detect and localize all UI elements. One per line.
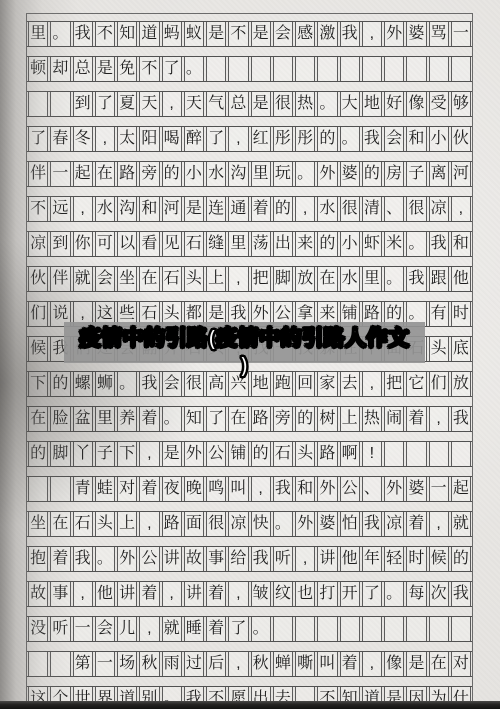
grid-cell: 。 xyxy=(273,512,293,536)
grid-cell xyxy=(228,57,248,81)
grid-cell: 着 xyxy=(406,512,426,536)
title-overlay-line2: ) xyxy=(64,352,425,379)
grid-cell: 水 xyxy=(317,197,337,221)
grid-row: 第一场秋雨过后,秋蝉嘶叫着,像是在对 xyxy=(27,651,472,677)
grid-cell: , xyxy=(139,442,159,466)
grid-row: 坐在石头上,路面很凉快。外婆怕我凉着,就 xyxy=(27,511,472,537)
grid-cell: 的 xyxy=(273,197,293,221)
grid-cell: 养 xyxy=(117,407,137,431)
grid-cell: 事 xyxy=(206,547,226,571)
photo-bottom-edge xyxy=(0,701,500,709)
grid-cell: 脚 xyxy=(50,442,70,466)
grid-cell: 秋 xyxy=(251,652,271,676)
grid-cell: 水 xyxy=(340,267,360,291)
grid-cell: 婆 xyxy=(317,512,337,536)
grid-cell: 以 xyxy=(117,232,137,256)
grid-cell: 一 xyxy=(429,477,449,501)
grid-cell xyxy=(317,617,337,641)
grid-cell: , xyxy=(451,197,471,221)
grid-cell xyxy=(406,442,426,466)
grid-row: 没听一会儿,就睡着了。 xyxy=(27,616,472,642)
grid-cell: 不 xyxy=(28,197,48,221)
grid-cell: 大 xyxy=(340,92,360,116)
grid-cell: 公 xyxy=(206,442,226,466)
grid-cell: 顿 xyxy=(28,57,48,81)
grid-cell: 凉 xyxy=(429,197,449,221)
grid-cell: 事 xyxy=(50,582,70,606)
grid-cell: 我 xyxy=(251,547,271,571)
grid-cell: 。 xyxy=(295,162,315,186)
grid-cell: 的 xyxy=(317,127,337,151)
grid-cell: 里 xyxy=(28,22,48,46)
grid-row: 青蛙对着夜晚鸣叫,我和外公、外婆一起 xyxy=(27,476,472,502)
grid-cell: 和 xyxy=(451,232,471,256)
grid-cell: 可 xyxy=(95,232,115,256)
grid-cell: 太 xyxy=(117,127,137,151)
grid-cell: 讲 xyxy=(117,582,137,606)
grid-cell xyxy=(384,57,404,81)
grid-cell: 伙 xyxy=(28,267,48,291)
grid-cell: 子 xyxy=(95,442,115,466)
grid-cell xyxy=(406,617,426,641)
grid-row: 了春冬,太阳喝醉了,红彤彤的。我会和小伙 xyxy=(27,126,472,152)
grid-cell: 。 xyxy=(184,57,204,81)
grid-cell: 总 xyxy=(73,57,93,81)
grid-cell: 阳 xyxy=(139,127,159,151)
grid-cell: 坐 xyxy=(117,267,137,291)
grid-cell: 青 xyxy=(73,477,93,501)
grid-cell: 很 xyxy=(340,197,360,221)
grid-cell: 通 xyxy=(228,197,248,221)
grid-cell: 了 xyxy=(162,57,182,81)
grid-cell: 道 xyxy=(139,22,159,46)
grid-cell: 的 xyxy=(28,442,48,466)
grid-cell: 着 xyxy=(139,582,159,606)
grid-cell xyxy=(362,617,382,641)
title-overlay-banner: 疫情中的引路(疫情中的引路人作文 ) xyxy=(64,322,425,363)
grid-cell: 路 xyxy=(251,407,271,431)
grid-cell: 秋 xyxy=(139,652,159,676)
grid-cell: 石 xyxy=(184,232,204,256)
grid-cell xyxy=(340,57,360,81)
grid-cell: 年 xyxy=(362,547,382,571)
grid-cell: 像 xyxy=(406,92,426,116)
grid-cell xyxy=(451,442,471,466)
grid-cell: 旁 xyxy=(139,162,159,186)
grid-cell: 到 xyxy=(50,232,70,256)
grid-cell: 公 xyxy=(340,477,360,501)
grid-cell: 河 xyxy=(162,197,182,221)
grid-cell: , xyxy=(228,582,248,606)
grid-cell: 放 xyxy=(295,267,315,291)
grid-cell: 抱 xyxy=(28,547,48,571)
grid-cell: 沟 xyxy=(228,162,248,186)
grid-cell: 路 xyxy=(162,512,182,536)
grid-cell: 伴 xyxy=(50,267,70,291)
grid-cell: 。 xyxy=(384,267,404,291)
grid-cell: 和 xyxy=(139,197,159,221)
grid-cell: 却 xyxy=(50,57,70,81)
grid-cell: 场 xyxy=(117,652,137,676)
grid-cell: 故 xyxy=(28,582,48,606)
grid-cell: 铺 xyxy=(228,442,248,466)
grid-cell: 。 xyxy=(50,22,70,46)
grid-cell: 开 xyxy=(340,582,360,606)
grid-row: 伙伴就会坐在石头上,把脚放在水里。我跟他 xyxy=(27,266,472,292)
grid-cell: 凉 xyxy=(228,512,248,536)
grid-row: 不远,水沟和河是连通着的,水很清、很凉, xyxy=(27,196,472,222)
grid-cell: 时 xyxy=(406,547,426,571)
grid-cell: 外 xyxy=(295,512,315,536)
grid-cell: 知 xyxy=(184,407,204,431)
grid-cell: 听 xyxy=(50,617,70,641)
grid-cell: 房 xyxy=(384,162,404,186)
grid-cell: 我 xyxy=(451,407,471,431)
grid-cell: 在 xyxy=(50,512,70,536)
grid-cell: 有 xyxy=(429,302,449,326)
grid-cell: 每 xyxy=(406,582,426,606)
grid-cell: 到 xyxy=(73,92,93,116)
grid-cell: 不 xyxy=(95,22,115,46)
grid-cell xyxy=(340,617,360,641)
grid-cell: 夜 xyxy=(162,477,182,501)
grid-cell: 也 xyxy=(295,582,315,606)
grid-cell: , xyxy=(162,92,182,116)
grid-cell: , xyxy=(228,652,248,676)
grid-cell: 蚁 xyxy=(184,22,204,46)
grid-cell: , xyxy=(73,582,93,606)
grid-cell xyxy=(28,92,48,116)
grid-cell: 着 xyxy=(206,582,226,606)
grid-cell: 没 xyxy=(28,617,48,641)
grid-cell: 过 xyxy=(184,652,204,676)
grid-cell: 把 xyxy=(251,267,271,291)
grid-cell: 河 xyxy=(451,162,471,186)
grid-cell: 。 xyxy=(406,232,426,256)
grid-cell: 轻 xyxy=(384,547,404,571)
grid-cell: 和 xyxy=(295,477,315,501)
grid-cell: 凉 xyxy=(28,232,48,256)
grid-cell: 候 xyxy=(28,337,48,361)
grid-cell: 不 xyxy=(228,22,248,46)
grid-cell: 红 xyxy=(251,127,271,151)
grid-cell: 婆 xyxy=(340,162,360,186)
grid-cell: 时 xyxy=(451,302,471,326)
grid-cell: 故 xyxy=(184,547,204,571)
grid-cell: 天 xyxy=(139,92,159,116)
grid-cell: 外 xyxy=(317,162,337,186)
grid-cell: 。 xyxy=(340,127,360,151)
grid-cell: 婆 xyxy=(406,22,426,46)
grid-cell: 地 xyxy=(362,92,382,116)
grid-cell: 就 xyxy=(162,617,182,641)
grid-cell: 着 xyxy=(406,407,426,431)
grid-cell xyxy=(295,617,315,641)
grid-cell: 小 xyxy=(184,162,204,186)
grid-cell: , xyxy=(139,512,159,536)
grid-cell: 后 xyxy=(206,652,226,676)
grid-cell: 。 xyxy=(162,407,182,431)
grid-cell: 他 xyxy=(95,582,115,606)
grid-cell: 的 xyxy=(162,162,182,186)
grid-cell: 上 xyxy=(340,407,360,431)
grid-cell: 脸 xyxy=(50,407,70,431)
grid-cell: 是 xyxy=(251,92,271,116)
grid-cell xyxy=(28,477,48,501)
grid-cell: , xyxy=(251,477,271,501)
grid-cell: 受 xyxy=(429,92,449,116)
grid-cell: 石 xyxy=(162,267,182,291)
grid-cell: 雨 xyxy=(162,652,182,676)
grid-cell: 听 xyxy=(273,547,293,571)
grid-row: 里。我不知道蚂蚁是不是会感激我,外婆骂一 xyxy=(27,21,472,47)
grid-cell: 小 xyxy=(429,127,449,151)
grid-cell: 凉 xyxy=(384,512,404,536)
grid-cell xyxy=(50,92,70,116)
grid-cell: 晚 xyxy=(184,477,204,501)
grid-cell: 嘶 xyxy=(295,652,315,676)
grid-cell: 知 xyxy=(117,22,137,46)
grid-cell: 在 xyxy=(28,407,48,431)
grid-cell xyxy=(384,442,404,466)
grid-cell: 的 xyxy=(317,232,337,256)
grid-cell xyxy=(251,57,271,81)
grid-cell xyxy=(429,617,449,641)
grid-cell: 头 xyxy=(295,442,315,466)
grid-cell: 不 xyxy=(139,57,159,81)
grid-cell: 面 xyxy=(184,512,204,536)
grid-cell: 头 xyxy=(95,512,115,536)
grid-cell: 总 xyxy=(228,92,248,116)
grid-row: 顿却总是免不了。 xyxy=(27,56,472,82)
grid-cell xyxy=(28,652,48,676)
grid-cell: 是 xyxy=(184,197,204,221)
grid-cell: 讲 xyxy=(162,547,182,571)
grid-cell: 玩 xyxy=(273,162,293,186)
grid-cell: 蝉 xyxy=(273,652,293,676)
grid-cell: 里 xyxy=(95,407,115,431)
grid-cell xyxy=(384,617,404,641)
grid-cell: 丫 xyxy=(73,442,93,466)
grid-cell: 的 xyxy=(362,162,382,186)
grid-cell: 离 xyxy=(429,162,449,186)
grid-cell: 荡 xyxy=(251,232,271,256)
grid-cell: 在 xyxy=(95,162,115,186)
grid-cell: 会 xyxy=(384,127,404,151)
grid-cell: 好 xyxy=(384,92,404,116)
grid-cell xyxy=(317,57,337,81)
grid-cell: 就 xyxy=(73,267,93,291)
grid-cell: 了 xyxy=(206,127,226,151)
grid-cell: 。 xyxy=(384,582,404,606)
grid-cell: 对 xyxy=(451,652,471,676)
grid-cell: 激 xyxy=(317,22,337,46)
grid-cell: 了 xyxy=(228,617,248,641)
grid-cell: 我 xyxy=(362,127,382,151)
grid-cell: 热 xyxy=(362,407,382,431)
grid-cell: 彤 xyxy=(295,127,315,151)
grid-cell: , xyxy=(295,547,315,571)
grid-cell: 叫 xyxy=(317,652,337,676)
grid-cell: 的 xyxy=(295,407,315,431)
grid-cell: 在 xyxy=(429,652,449,676)
grid-cell: 下 xyxy=(117,442,137,466)
grid-cell: 下 xyxy=(28,372,48,396)
grid-cell: 我 xyxy=(451,582,471,606)
grid-cell: 你 xyxy=(73,232,93,256)
grid-cell: 在 xyxy=(317,267,337,291)
grid-cell: , xyxy=(73,197,93,221)
grid-cell: 跟 xyxy=(429,267,449,291)
grid-cell xyxy=(451,617,471,641)
grid-cell: , xyxy=(228,127,248,151)
grid-cell: 着 xyxy=(251,197,271,221)
grid-cell: 水 xyxy=(95,197,115,221)
grid-cell: 在 xyxy=(228,407,248,431)
grid-cell: 虾 xyxy=(362,232,382,256)
grid-cell: 见 xyxy=(162,232,182,256)
grid-cell: 树 xyxy=(317,407,337,431)
grid-cell: 够 xyxy=(451,92,471,116)
grid-cell: 醉 xyxy=(184,127,204,151)
grid-cell: 头 xyxy=(184,267,204,291)
grid-cell: 石 xyxy=(73,512,93,536)
grid-cell: 坐 xyxy=(28,512,48,536)
grid-cell: 石 xyxy=(273,442,293,466)
grid-cell: 头 xyxy=(429,337,449,361)
grid-cell: 免 xyxy=(117,57,137,81)
grid-cell: 起 xyxy=(451,477,471,501)
grid-row: 在脸盆里养着。知了在路旁的树上热闹着,我 xyxy=(27,406,472,432)
grid-cell xyxy=(451,57,471,81)
title-overlay-line1: 疫情中的引路(疫情中的引路人作文 xyxy=(64,325,425,352)
grid-cell: 我 xyxy=(273,477,293,501)
grid-cell: 我 xyxy=(73,547,93,571)
grid-cell: 外 xyxy=(384,477,404,501)
grid-cell: 打 xyxy=(317,582,337,606)
grid-cell: 了 xyxy=(28,127,48,151)
grid-row: 到了夏天,天气总是很热。大地好像受够 xyxy=(27,91,472,117)
grid-cell: 们 xyxy=(28,302,48,326)
grid-cell: 、 xyxy=(384,197,404,221)
grid-cell: 来 xyxy=(295,232,315,256)
grid-cell: 春 xyxy=(50,127,70,151)
grid-cell: , xyxy=(295,197,315,221)
grid-cell: 着 xyxy=(50,547,70,571)
grid-cell: 、 xyxy=(362,477,382,501)
grid-cell: 热 xyxy=(295,92,315,116)
grid-cell: 怕 xyxy=(340,512,360,536)
grid-cell: 就 xyxy=(451,512,471,536)
grid-row: 的脚丫子下,是外公铺的石头路啊! xyxy=(27,441,472,467)
grid-cell: 很 xyxy=(273,92,293,116)
grid-cell: 着 xyxy=(139,407,159,431)
grid-cell: 我 xyxy=(429,232,449,256)
grid-cell: 路 xyxy=(117,162,137,186)
grid-cell: 连 xyxy=(206,197,226,221)
grid-cell: 外 xyxy=(184,442,204,466)
grid-cell: 彤 xyxy=(273,127,293,151)
grid-cell: 天 xyxy=(184,92,204,116)
grid-cell: 小 xyxy=(340,232,360,256)
grid-cell: 在 xyxy=(139,267,159,291)
grid-cell: 鸣 xyxy=(206,477,226,501)
grid-cell: 讲 xyxy=(184,582,204,606)
grid-cell: 着 xyxy=(139,477,159,501)
grid-cell: 蛙 xyxy=(95,477,115,501)
grid-cell: 清 xyxy=(362,197,382,221)
grid-cell: 骂 xyxy=(429,22,449,46)
grid-cell: 。 xyxy=(317,92,337,116)
grid-cell xyxy=(362,57,382,81)
grid-row: 故事,他讲着,讲着,皱纹也打开了。每次我 xyxy=(27,581,472,607)
grid-cell: 我 xyxy=(362,512,382,536)
grid-cell: 。 xyxy=(95,547,115,571)
grid-cell: 感 xyxy=(295,22,315,46)
grid-cell xyxy=(50,477,70,501)
grid-cell: 旁 xyxy=(273,407,293,431)
grid-cell xyxy=(273,57,293,81)
grid-cell: 我 xyxy=(406,267,426,291)
grid-cell: 一 xyxy=(73,617,93,641)
grid-cell: 伙 xyxy=(451,127,471,151)
grid-cell: 他 xyxy=(451,267,471,291)
grid-cell: 外 xyxy=(384,22,404,46)
grid-row: 凉到你可以看见石缝里荡出来的小虾米。我和 xyxy=(27,231,472,257)
grid-cell: , xyxy=(429,512,449,536)
grid-cell: , xyxy=(139,617,159,641)
grid-cell: 是 xyxy=(162,442,182,466)
grid-cell: 睡 xyxy=(184,617,204,641)
grid-cell: 闹 xyxy=(384,407,404,431)
grid-cell: 是 xyxy=(206,22,226,46)
grid-cell: 会 xyxy=(95,267,115,291)
grid-cell: 底 xyxy=(451,337,471,361)
grid-cell: 会 xyxy=(273,22,293,46)
grid-cell: 起 xyxy=(73,162,93,186)
grid-cell: 很 xyxy=(406,197,426,221)
grid-cell: 了 xyxy=(95,92,115,116)
grid-cell: , xyxy=(362,22,382,46)
grid-cell: 皱 xyxy=(251,582,271,606)
grid-cell: 公 xyxy=(139,547,159,571)
grid-cell: 讲 xyxy=(317,547,337,571)
grid-cell: 路 xyxy=(317,442,337,466)
grid-cell: 纹 xyxy=(273,582,293,606)
grid-cell: 水 xyxy=(206,162,226,186)
grid-cell: 婆 xyxy=(406,477,426,501)
grid-cell: 子 xyxy=(406,162,426,186)
grid-cell: 上 xyxy=(206,267,226,291)
grid-cell xyxy=(429,442,449,466)
grid-cell: 和 xyxy=(406,127,426,151)
grid-cell: 是 xyxy=(95,57,115,81)
grid-cell xyxy=(273,617,293,641)
grid-cell: 一 xyxy=(95,652,115,676)
grid-cell: 一 xyxy=(50,162,70,186)
grid-cell: , xyxy=(95,127,115,151)
grid-cell xyxy=(406,57,426,81)
grid-cell: , xyxy=(429,407,449,431)
grid-cell: 的 xyxy=(451,547,471,571)
grid-cell: ! xyxy=(362,442,382,466)
grid-cell: 夏 xyxy=(117,92,137,116)
grid-cell: 着 xyxy=(206,617,226,641)
grid-cell: 一 xyxy=(451,22,471,46)
grid-cell: 里 xyxy=(362,267,382,291)
grid-cell: 儿 xyxy=(117,617,137,641)
grid-cell: 沟 xyxy=(117,197,137,221)
